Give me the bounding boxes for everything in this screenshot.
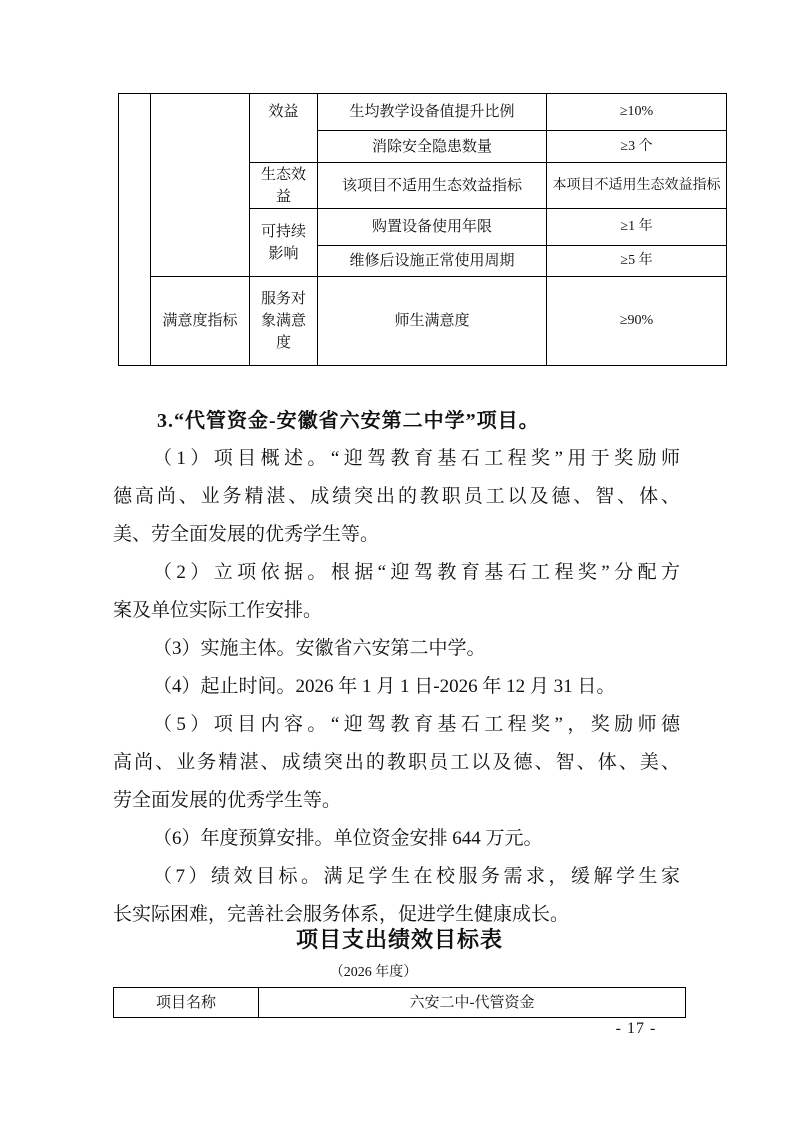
cell-target-value: ≥5 年 xyxy=(547,246,727,277)
cell-empty-category xyxy=(119,94,151,366)
cell-target-value: ≥3 个 xyxy=(547,131,727,163)
cell-target-value: 本项目不适用生态效益指标 xyxy=(547,163,727,209)
table-row: 效益 生均教学设备值提升比例 ≥10% xyxy=(119,94,727,131)
paragraph-line: 劳全面发展的优秀学生等。 xyxy=(113,782,680,820)
page-number: - 17 - xyxy=(598,1019,674,1039)
cell-indicator: 师生满意度 xyxy=(318,277,547,366)
cell-benefit-group: 效益 xyxy=(250,94,318,163)
cell-target-value: ≥90% xyxy=(547,277,727,366)
paragraph-line: 高尚、业务精湛、成绩突出的教职员工以及德、智、体、美、 xyxy=(113,744,680,782)
cell-indicator: 购置设备使用年限 xyxy=(318,209,547,246)
paragraph-line: （2）立项依据。根据“迎驾教育基石工程奖”分配方 xyxy=(113,554,680,592)
section-body: 3.“代管资金-安徽省六安第二中学”项目。 （1）项目概述。“迎驾教育基石工程奖… xyxy=(113,402,680,934)
project-name-value: 六安二中-代管资金 xyxy=(259,988,686,1018)
cell-empty-group xyxy=(151,94,250,277)
cell-target-value: ≥10% xyxy=(547,94,727,131)
cell-service-satisfaction-group: 服务对象满意度 xyxy=(250,277,318,366)
paragraph-line: 美、劳全面发展的优秀学生等。 xyxy=(113,516,680,554)
goal-table: 项目名称 六安二中-代管资金 xyxy=(113,987,686,1018)
section-heading: 3.“代管资金-安徽省六安第二中学”项目。 xyxy=(113,402,680,440)
paragraph-line: （4）起止时间。2026 年 1 月 1 日-2026 年 12 月 31 日。 xyxy=(113,668,680,706)
table-row: 项目名称 六安二中-代管资金 xyxy=(114,988,686,1018)
goal-table-title: 项目支出绩效目标表 xyxy=(113,924,686,956)
paragraph-line: （1）项目概述。“迎驾教育基石工程奖”用于奖励师 xyxy=(113,440,680,478)
document-page: 效益 生均教学设备值提升比例 ≥10% 消除安全隐患数量 ≥3 个 生态效益 该… xyxy=(0,0,793,1122)
cell-indicator: 该项目不适用生态效益指标 xyxy=(318,163,547,209)
cell-target-value: ≥1 年 xyxy=(547,209,727,246)
paragraph-line: （5）项目内容。“迎驾教育基石工程奖”，奖励师德 xyxy=(113,706,680,744)
cell-indicator: 维修后设施正常使用周期 xyxy=(318,246,547,277)
cell-eco-group: 生态效益 xyxy=(250,163,318,209)
paragraph-line: 德高尚、业务精湛、成绩突出的教职员工以及德、智、体、 xyxy=(113,478,680,516)
indicator-table: 效益 生均教学设备值提升比例 ≥10% 消除安全隐患数量 ≥3 个 生态效益 该… xyxy=(118,93,727,366)
table-row: 满意度指标 服务对象满意度 师生满意度 ≥90% xyxy=(119,277,727,366)
paragraph-line: （7）绩效目标。满足学生在校服务需求，缓解学生家 xyxy=(113,858,680,896)
paragraph-line: （6）年度预算安排。单位资金安排 644 万元。 xyxy=(113,820,680,858)
cell-indicator: 生均教学设备值提升比例 xyxy=(318,94,547,131)
paragraph-line: （3）实施主体。安徽省六安第二中学。 xyxy=(113,630,680,668)
cell-sustain-group: 可持续影响 xyxy=(250,209,318,277)
cell-indicator: 消除安全隐患数量 xyxy=(318,131,547,163)
project-name-label: 项目名称 xyxy=(114,988,259,1018)
paragraph-line: 案及单位实际工作安排。 xyxy=(113,592,680,630)
cell-satisfaction-category: 满意度指标 xyxy=(151,277,250,366)
goal-table-year: （2026 年度） xyxy=(87,962,660,984)
